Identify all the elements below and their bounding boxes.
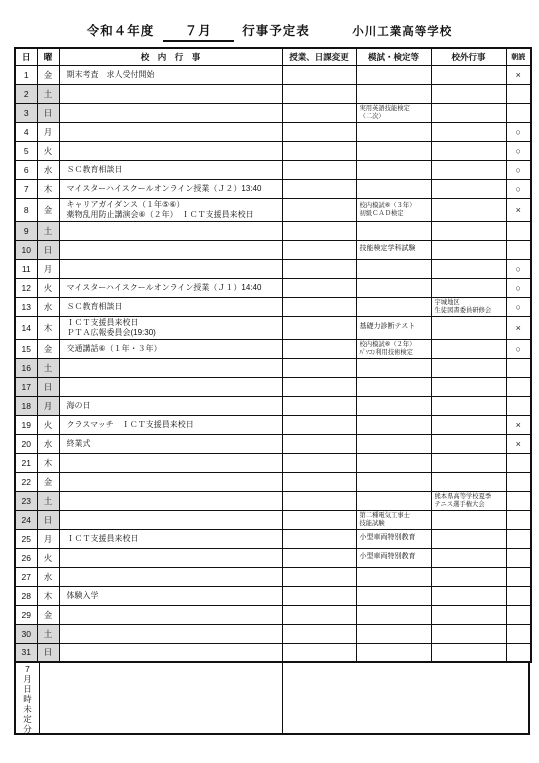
reading-mark-cell [506,529,531,548]
header-exams: 模試・検定等 [356,48,431,65]
table-row: 5火○ [15,141,531,160]
weekday-cell: 月 [37,529,59,548]
day-cell: 20 [15,434,37,453]
class-change-cell [282,84,356,103]
reading-mark-cell: ○ [506,278,531,297]
exams-cell: 基礎力診断テスト [356,316,431,339]
class-change-cell [282,434,356,453]
exams-cell [356,122,431,141]
exams-cell: 実用英語技能検定（二次） [356,103,431,122]
weekday-cell: 土 [37,358,59,377]
class-change-cell [282,548,356,567]
reading-mark-cell [506,103,531,122]
reading-mark-cell: ○ [506,141,531,160]
reading-mark-cell: × [506,65,531,84]
events-cell [59,605,282,624]
outside-cell [431,605,506,624]
header-events: 校 内 行 事 [59,48,282,65]
weekday-cell: 土 [37,221,59,240]
outside-cell [431,259,506,278]
exams-cell [356,643,431,662]
reading-mark-cell: ○ [506,297,531,316]
class-change-cell [282,278,356,297]
table-row: 16土 [15,358,531,377]
reading-mark-cell [506,567,531,586]
events-cell [59,122,282,141]
exams-cell: 校内模試⑥（２年）ﾊﾟｿｺﾝ利用技術検定 [356,339,431,358]
reading-mark-cell [506,221,531,240]
reading-mark-cell [506,643,531,662]
events-cell: 海の日 [59,396,282,415]
events-cell [59,643,282,662]
weekday-cell: 火 [37,141,59,160]
outside-cell [431,415,506,434]
day-cell: 24 [15,510,37,529]
reading-mark-cell [506,586,531,605]
table-row: 1金期末考査 求人受付開始× [15,65,531,84]
exams-cell [356,221,431,240]
weekday-cell: 水 [37,297,59,316]
events-cell: ＳＣ教育相談日 [59,160,282,179]
day-cell: 27 [15,567,37,586]
weekday-cell: 日 [37,510,59,529]
day-cell: 7 [15,179,37,198]
class-change-cell [282,297,356,316]
events-cell: 体験入学 [59,586,282,605]
table-row: 2土 [15,84,531,103]
day-cell: 3 [15,103,37,122]
class-change-cell [282,605,356,624]
outside-cell [431,453,506,472]
outside-cell [431,278,506,297]
reading-mark-cell [506,396,531,415]
reading-mark-cell [506,358,531,377]
exams-cell [356,377,431,396]
events-cell [59,472,282,491]
weekday-cell: 水 [37,160,59,179]
weekday-cell: 木 [37,316,59,339]
class-change-cell [282,567,356,586]
header-class-change: 授業、日課変更 [282,48,356,65]
day-cell: 19 [15,415,37,434]
events-cell: 期末考査 求人受付開始 [59,65,282,84]
events-cell: マイスターハイスクールオンライン授業（Ｊ２）13:40 [59,179,282,198]
class-change-cell [282,198,356,221]
table-row: 15金交通講話⑥（１年・３年）校内模試⑥（２年）ﾊﾟｿｺﾝ利用技術検定○ [15,339,531,358]
table-row: 8金キャリアガイダンス（１年⑤⑥）薬物乱用防止講演会⑥（２年） ＩＣＴ支援員来校… [15,198,531,221]
table-row: 25月ＩＣＴ支援員来校日小型車両特別教育 [15,529,531,548]
reading-mark-cell: × [506,415,531,434]
outside-cell [431,65,506,84]
table-row: 28木体験入学 [15,586,531,605]
events-cell: 終業式 [59,434,282,453]
exams-cell [356,586,431,605]
day-cell: 10 [15,240,37,259]
outside-cell [431,586,506,605]
class-change-cell [282,377,356,396]
class-change-cell [282,103,356,122]
events-cell [59,358,282,377]
class-change-cell [282,160,356,179]
weekday-cell: 月 [37,259,59,278]
exams-cell [356,567,431,586]
class-change-cell [282,415,356,434]
class-change-cell [282,643,356,662]
events-cell [59,453,282,472]
events-cell [59,84,282,103]
events-cell: クラスマッチ ＩＣＴ支援員来校日 [59,415,282,434]
day-cell: 2 [15,84,37,103]
title-label: 行事予定表 [242,24,310,38]
exams-cell [356,415,431,434]
day-cell: 23 [15,491,37,510]
class-change-cell [282,316,356,339]
exams-cell [356,84,431,103]
outside-cell [431,141,506,160]
reading-mark-cell [506,548,531,567]
day-cell: 5 [15,141,37,160]
day-cell: 31 [15,643,37,662]
class-change-cell [282,259,356,278]
outside-cell [431,529,506,548]
pending-events-cell [40,663,283,733]
table-row: 7木マイスターハイスクールオンライン授業（Ｊ２）13:40○ [15,179,531,198]
outside-cell [431,103,506,122]
table-row: 19火クラスマッチ ＩＣＴ支援員来校日× [15,415,531,434]
exams-cell: 小型車両特別教育 [356,529,431,548]
weekday-cell: 日 [37,643,59,662]
events-cell: ＳＣ教育相談日 [59,297,282,316]
class-change-cell [282,65,356,84]
title-year: 令和４年度 [87,24,155,38]
day-cell: 17 [15,377,37,396]
reading-mark-cell: ○ [506,122,531,141]
reading-mark-cell [506,240,531,259]
exams-cell [356,491,431,510]
class-change-cell [282,472,356,491]
day-cell: 26 [15,548,37,567]
table-row: 30土 [15,624,531,643]
table-row: 4月○ [15,122,531,141]
events-cell [59,141,282,160]
reading-mark-cell: × [506,434,531,453]
pending-other-cell [283,663,528,733]
day-cell: 9 [15,221,37,240]
class-change-cell [282,491,356,510]
outside-cell [431,434,506,453]
schedule-page: 令和４年度 ７月 行事予定表 小川工業高等学校 日 曜 校 内 行 事 授業、日… [0,0,539,763]
reading-mark-cell: ○ [506,160,531,179]
weekday-cell: 日 [37,377,59,396]
table-row: 11月○ [15,259,531,278]
exams-cell [356,65,431,84]
weekday-cell: 土 [37,84,59,103]
exams-cell [356,605,431,624]
schedule-table: 日 曜 校 内 行 事 授業、日課変更 模試・検定等 校外行事 朝読 1金期末考… [14,47,532,663]
exams-cell [356,434,431,453]
outside-cell [431,358,506,377]
outside-cell [431,472,506,491]
exams-cell: 校内模試⑥（３年）初級ＣＡＤ検定 [356,198,431,221]
day-cell: 4 [15,122,37,141]
exams-cell: 小型車両特別教育 [356,548,431,567]
events-cell: マイスターハイスクールオンライン授業（Ｊ１）14:40 [59,278,282,297]
outside-cell [431,122,506,141]
weekday-cell: 日 [37,103,59,122]
header-outside: 校外行事 [431,48,506,65]
class-change-cell [282,339,356,358]
outside-cell [431,316,506,339]
exams-cell: 第二種電気工事士技能試験 [356,510,431,529]
day-cell: 8 [15,198,37,221]
reading-mark-cell: ○ [506,259,531,278]
weekday-cell: 金 [37,198,59,221]
title-school: 小川工業高等学校 [352,26,452,38]
day-cell: 18 [15,396,37,415]
class-change-cell [282,396,356,415]
class-change-cell [282,586,356,605]
exams-cell [356,358,431,377]
outside-cell [431,221,506,240]
weekday-cell: 金 [37,605,59,624]
outside-cell [431,160,506,179]
day-cell: 15 [15,339,37,358]
table-row: 27水 [15,567,531,586]
outside-cell [431,548,506,567]
weekday-cell: 金 [37,65,59,84]
table-row: 22金 [15,472,531,491]
weekday-cell: 月 [37,122,59,141]
pending-section: 7月日時未定分 [14,661,530,735]
header-morning-reading: 朝読 [506,48,531,65]
outside-cell: 宇城地区生徒図書委員研修会 [431,297,506,316]
reading-mark-cell: × [506,198,531,221]
header-row: 日 曜 校 内 行 事 授業、日課変更 模試・検定等 校外行事 朝読 [15,48,531,65]
exams-cell [356,472,431,491]
outside-cell [431,240,506,259]
day-cell: 13 [15,297,37,316]
day-cell: 14 [15,316,37,339]
events-cell [59,567,282,586]
class-change-cell [282,624,356,643]
events-cell: ＩＣＴ支援員来校日 [59,529,282,548]
exams-cell [356,396,431,415]
weekday-cell: 水 [37,567,59,586]
class-change-cell [282,122,356,141]
day-cell: 16 [15,358,37,377]
reading-mark-cell [506,510,531,529]
table-row: 17日 [15,377,531,396]
class-change-cell [282,240,356,259]
table-row: 21木 [15,453,531,472]
day-cell: 1 [15,65,37,84]
reading-mark-cell [506,453,531,472]
weekday-cell: 水 [37,434,59,453]
table-row: 3日実用英語技能検定（二次） [15,103,531,122]
table-row: 13水ＳＣ教育相談日宇城地区生徒図書委員研修会○ [15,297,531,316]
table-row: 23土熊本県高等学校夏季テニス選手権大会 [15,491,531,510]
day-cell: 22 [15,472,37,491]
class-change-cell [282,141,356,160]
outside-cell [431,377,506,396]
weekday-cell: 土 [37,491,59,510]
title-month: ７月 [163,21,234,42]
weekday-cell: 木 [37,179,59,198]
day-cell: 12 [15,278,37,297]
day-cell: 11 [15,259,37,278]
table-row: 9土 [15,221,531,240]
class-change-cell [282,510,356,529]
weekday-cell: 金 [37,472,59,491]
weekday-cell: 月 [37,396,59,415]
events-cell [59,377,282,396]
day-cell: 29 [15,605,37,624]
outside-cell: 熊本県高等学校夏季テニス選手権大会 [431,491,506,510]
weekday-cell: 火 [37,548,59,567]
exams-cell [356,453,431,472]
exams-cell [356,624,431,643]
events-cell [59,259,282,278]
exams-cell [356,160,431,179]
weekday-cell: 火 [37,415,59,434]
exams-cell [356,141,431,160]
day-cell: 25 [15,529,37,548]
reading-mark-cell [506,84,531,103]
header-day: 日 [15,48,37,65]
outside-cell [431,179,506,198]
events-cell [59,548,282,567]
reading-mark-cell [506,377,531,396]
events-cell: ＩＣＴ支援員来校日ＰＴＡ広報委員会(19:30) [59,316,282,339]
class-change-cell [282,529,356,548]
page-title: 令和４年度 ７月 行事予定表 小川工業高等学校 [0,0,539,42]
exams-cell [356,278,431,297]
table-row: 24日第二種電気工事士技能試験 [15,510,531,529]
events-cell [59,510,282,529]
exams-cell [356,297,431,316]
day-cell: 28 [15,586,37,605]
events-cell [59,240,282,259]
class-change-cell [282,179,356,198]
events-cell [59,624,282,643]
outside-cell [431,643,506,662]
reading-mark-cell [506,605,531,624]
outside-cell [431,84,506,103]
outside-cell [431,510,506,529]
weekday-cell: 火 [37,278,59,297]
weekday-cell: 木 [37,586,59,605]
table-row: 26火小型車両特別教育 [15,548,531,567]
weekday-cell: 土 [37,624,59,643]
outside-cell [431,339,506,358]
outside-cell [431,567,506,586]
pending-section-label: 7月日時未定分 [16,663,40,733]
outside-cell [431,198,506,221]
reading-mark-cell [506,472,531,491]
class-change-cell [282,453,356,472]
reading-mark-cell: ○ [506,339,531,358]
day-cell: 6 [15,160,37,179]
weekday-cell: 木 [37,453,59,472]
reading-mark-cell: ○ [506,179,531,198]
table-row: 18月海の日 [15,396,531,415]
table-row: 29金 [15,605,531,624]
events-cell [59,491,282,510]
outside-cell [431,624,506,643]
events-cell: 交通講話⑥（１年・３年） [59,339,282,358]
exams-cell [356,179,431,198]
reading-mark-cell [506,491,531,510]
table-row: 14木ＩＣＴ支援員来校日ＰＴＡ広報委員会(19:30)基礎力診断テスト× [15,316,531,339]
outside-cell [431,396,506,415]
table-row: 10日技能検定学科試験 [15,240,531,259]
weekday-cell: 日 [37,240,59,259]
table-row: 12火マイスターハイスクールオンライン授業（Ｊ１）14:40○ [15,278,531,297]
table-row: 6水ＳＣ教育相談日○ [15,160,531,179]
events-cell: キャリアガイダンス（１年⑤⑥）薬物乱用防止講演会⑥（２年） ＩＣＴ支援員来校日 [59,198,282,221]
header-weekday: 曜 [37,48,59,65]
events-cell [59,221,282,240]
class-change-cell [282,358,356,377]
events-cell [59,103,282,122]
reading-mark-cell: × [506,316,531,339]
class-change-cell [282,221,356,240]
table-row: 31日 [15,643,531,662]
weekday-cell: 金 [37,339,59,358]
day-cell: 21 [15,453,37,472]
table-row: 20水終業式× [15,434,531,453]
day-cell: 30 [15,624,37,643]
exams-cell [356,259,431,278]
reading-mark-cell [506,624,531,643]
exams-cell: 技能検定学科試験 [356,240,431,259]
schedule-body: 1金期末考査 求人受付開始×2土3日実用英語技能検定（二次）4月○5火○6水ＳＣ… [15,65,531,662]
